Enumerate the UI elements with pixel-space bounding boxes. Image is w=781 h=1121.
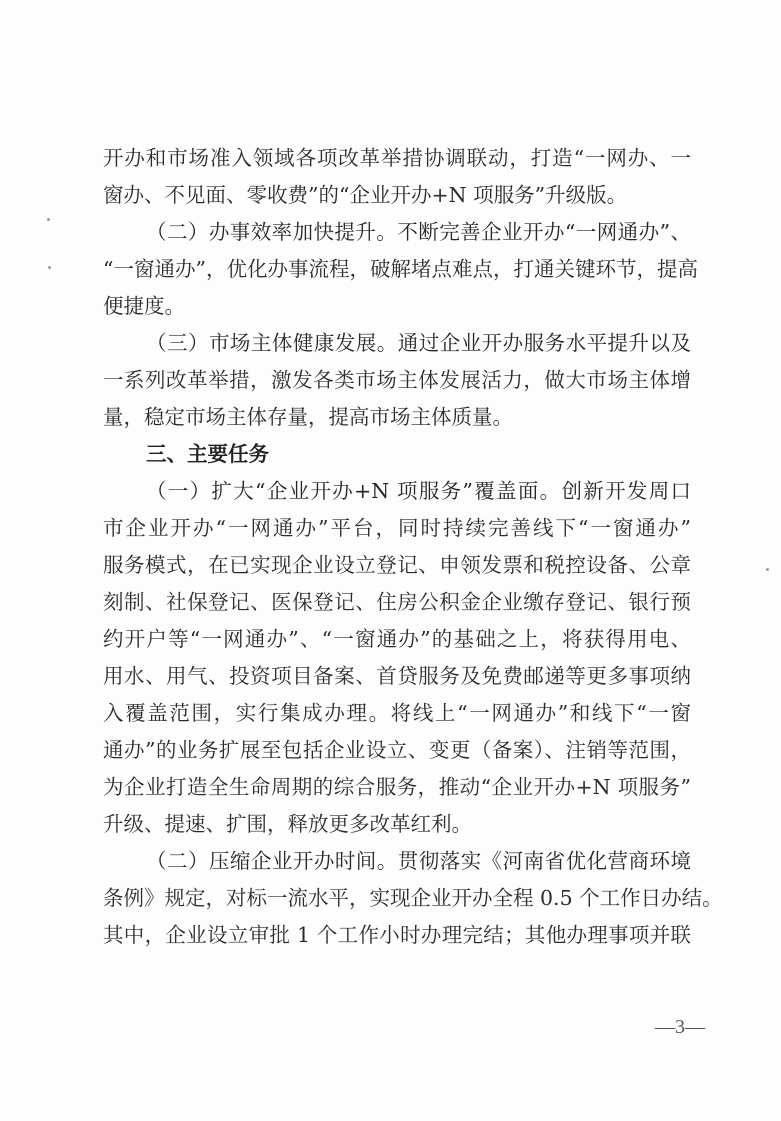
body-text-line: 通办”的业务扩展至包括企业设立、变更（备案）、注销等范围， [103,735,691,765]
section-subheading-line: （二）办事效率加快提升。不断完善企业开办“一网通办”、 [146,217,691,247]
document-page: 开办和市场准入领域各项改革举措协调联动，打造“一网办、一 窗办、不见面、零收费”… [0,0,781,1121]
section-subheading-line: （二）压缩企业开办时间。贯彻落实《河南省优化营商环境 [146,846,691,876]
body-text-line: 为企业打造全生命周期的综合服务，推动“企业开办+N 项服务” [103,772,691,802]
body-text-line: 条例》规定，对标一流水平，实现企业开办全程 0.5 个工作日办结。 [103,883,691,913]
page-number: —3— [655,1015,705,1039]
body-text-line: 服务模式，在已实现企业设立登记、申领发票和税控设备、公章 [103,550,691,580]
section-subheading-line: （三）市场主体健康发展。通过企业开办服务水平提升以及 [146,328,691,358]
body-text-line: 用水、用气、投资项目备案、首贷服务及免费邮递等更多事项纳 [103,661,691,691]
body-text-line: 便捷度。 [103,291,691,321]
body-text-line: “一窗通办”，优化办事流程，破解堵点难点，打通关键环节，提高 [103,254,691,284]
body-text-line: 刻制、社保登记、医保登记、住房公积金企业缴存登记、银行预 [103,587,691,617]
section-subheading-line: （一）扩大“企业开办+N 项服务”覆盖面。创新开发周口 [146,476,691,506]
body-text-line: 约开户等“一网通办”、“一窗通办”的基础之上，将获得用电、 [103,624,691,654]
body-text-line: 升级、提速、扩围，释放更多改革红利。 [103,809,691,839]
scan-speck [48,266,51,269]
body-text-line: 窗办、不见面、零收费”的“企业开办+N 项服务”升级版。 [103,180,691,210]
scan-speck [47,218,50,221]
body-text-line: 开办和市场准入领域各项改革举措协调联动，打造“一网办、一 [103,143,691,173]
body-text-line: 量，稳定市场主体存量，提高市场主体质量。 [103,402,691,432]
body-text-line: 入覆盖范围，实行集成办理。将线上“一网通办”和线下“一窗 [103,698,691,728]
body-text-line: 其中，企业设立审批 1 个工作小时办理完结；其他办理事项并联 [103,920,691,950]
scan-speck [766,568,769,571]
body-text-line: 一系列改革举措，激发各类市场主体发展活力，做大市场主体增 [103,365,691,395]
body-text-line: 市企业开办“一网通办”平台，同时持续完善线下“一窗通办” [103,513,691,543]
section-heading: 三、主要任务 [146,439,691,469]
